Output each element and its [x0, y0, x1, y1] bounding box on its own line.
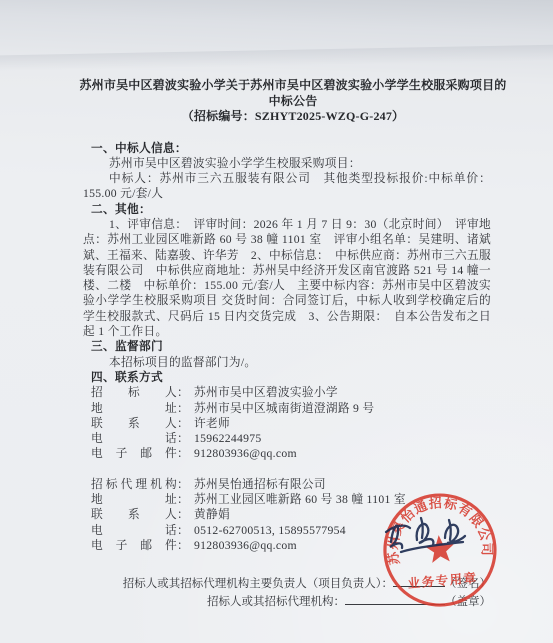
label-colon: ：: [177, 417, 189, 430]
label-colon: ：: [177, 402, 189, 415]
label-colon: ：: [177, 524, 189, 537]
contact-label: 地址: [91, 401, 177, 416]
project-line: 苏州市吴中区碧波实验小学学生校服采购项目：: [83, 156, 491, 171]
section1-heading: 一、中标人信息：: [91, 141, 491, 156]
tenderer-contact-block: 招标人：苏州市吴中区碧波实验小学 地址：苏州市吴中区城南街道澄湖路 9 号 联系…: [83, 385, 491, 461]
label-colon: ：: [177, 493, 189, 506]
contact-value: 苏州市吴中区碧波实验小学: [194, 386, 338, 399]
section4-heading: 四、联系方式: [91, 370, 491, 385]
contact-row: 电话：15962244975: [91, 431, 491, 446]
label-colon: ：: [177, 386, 189, 399]
contact-label: 电话: [91, 431, 177, 446]
signoff-line-seal: 招标人或其招标代理机构：（盖章）: [83, 593, 491, 611]
signoff-line1-text: 招标人或其招标代理机构主要负责人（项目负责人）：: [123, 578, 393, 590]
document-title-block: 苏州市吴中区碧波实验小学关于苏州市吴中区碧波实验小学学生校服采购项目的中标公告 …: [75, 78, 511, 125]
contact-row: 地址：苏州工业园区唯新路 60 号 38 幢 1101 室: [91, 492, 491, 507]
contact-label: 电子邮件: [91, 538, 177, 553]
signoff-line-signature: 招标人或其招标代理机构主要负责人（项目负责人）：（签名）: [83, 575, 491, 593]
document-content: 苏州市吴中区碧波实验小学关于苏州市吴中区碧波实验小学学生校服采购项目的中标公告 …: [83, 78, 491, 611]
contact-row: 电话：0512-62700513, 15895577954: [91, 523, 491, 538]
scanned-announcement-page: 苏州市吴中区碧波实验小学关于苏州市吴中区碧波实验小学学生校服采购项目的中标公告 …: [0, 0, 553, 643]
contact-row: 电子邮件：912803936@qq.com: [91, 446, 491, 461]
contact-label: 地址: [91, 492, 177, 507]
contact-label: 招标人: [91, 385, 177, 400]
contact-label: 招标代理机构: [91, 477, 177, 492]
winner-line: 中标人：苏州市三六五服装有限公司 其他类型投标报价:中标单价：155.00 元/…: [83, 171, 491, 202]
section3-heading: 三、监督部门: [91, 339, 491, 354]
label-colon: ：: [177, 539, 189, 552]
contact-value: 苏州工业园区唯新路 60 号 38 幢 1101 室: [194, 493, 406, 506]
signoff-line2-suffix: （盖章）: [445, 596, 491, 608]
contact-value: 15962244975: [194, 432, 262, 445]
contact-label: 联系人: [91, 507, 177, 522]
contact-value: 黄静娟: [194, 508, 230, 521]
contact-label: 电话: [91, 523, 177, 538]
seal-underline: [345, 593, 445, 605]
signoff-block: 招标人或其招标代理机构主要负责人（项目负责人）：（签名） 招标人或其招标代理机构…: [83, 575, 491, 611]
contact-label: 电子邮件: [91, 446, 177, 461]
page-title: 苏州市吴中区碧波实验小学关于苏州市吴中区碧波实验小学学生校服采购项目的中标公告: [75, 78, 511, 109]
agency-contact-block: 招标代理机构：苏州昊怡通招标有限公司 地址：苏州工业园区唯新路 60 号 38 …: [83, 477, 491, 553]
scan-fold-shadow: [0, 44, 553, 71]
contact-value: 912803936@qq.com: [194, 447, 297, 460]
contact-row: 电子邮件：912803936@qq.com: [91, 538, 491, 553]
section2-heading: 二、其他：: [91, 202, 491, 217]
contact-row: 联系人：黄静娟: [91, 507, 491, 522]
contact-value: 0512-62700513, 15895577954: [194, 524, 346, 537]
contact-row: 招标代理机构：苏州昊怡通招标有限公司: [91, 477, 491, 492]
contact-row: 招标人：苏州市吴中区碧波实验小学: [91, 385, 491, 400]
contact-value: 许老师: [194, 417, 230, 430]
contact-value: 苏州市吴中区城南街道澄湖路 9 号: [194, 402, 374, 415]
contact-value: 苏州昊怡通招标有限公司: [194, 478, 326, 491]
contact-value: 912803936@qq.com: [194, 539, 297, 552]
contact-row: 联系人：许老师: [91, 416, 491, 431]
contact-row: 地址：苏州市吴中区城南街道澄湖路 9 号: [91, 401, 491, 416]
section3-body: 本招标项目的监督部门为/。: [83, 355, 491, 370]
label-colon: ：: [177, 432, 189, 445]
contact-label: 联系人: [91, 416, 177, 431]
tender-number: （招标编号：SZHYT2025-WZQ-G-247）: [75, 109, 511, 125]
signoff-line2-text: 招标人或其招标代理机构：: [207, 596, 345, 608]
section2-body: 1、评审信息： 评审时间：2026 年 1 月 7 日 9：30（北京时间） 评…: [83, 217, 491, 339]
label-colon: ：: [177, 508, 189, 521]
signoff-line1-suffix: （签名）: [445, 578, 491, 590]
label-colon: ：: [177, 478, 189, 491]
signature-underline: [393, 575, 445, 587]
label-colon: ：: [177, 447, 189, 460]
